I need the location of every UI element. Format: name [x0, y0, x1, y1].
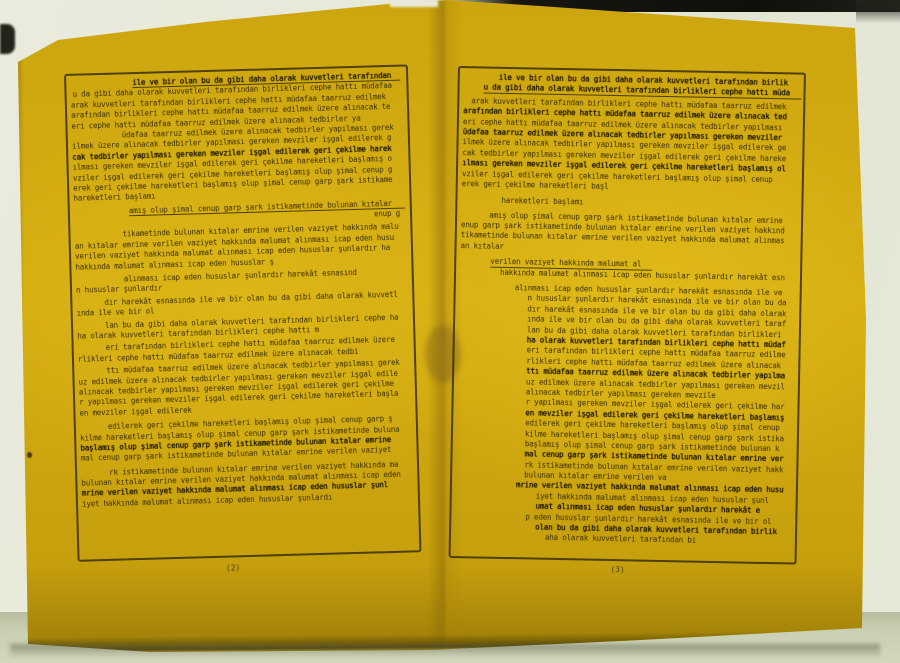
typewritten-text-line: hareketleri başlamı — [73, 192, 165, 205]
photograph-of-booklet: ile ve bir olan bu da gibi daha olarak k… — [0, 0, 900, 663]
typewritten-text-line: hakkında malumat alınması icap eden husu… — [500, 267, 798, 283]
right-page: ile ve bir olan bu da gibi daha olarak k… — [448, 66, 814, 593]
left-page: ile ve bir olan bu da gibi daha olarak k… — [64, 64, 430, 586]
typewritten-text-line: erek geri çekilme hareketleri başl — [462, 179, 614, 192]
typewritten-text-line: ında ile ve bir ol — [77, 307, 157, 320]
open-booklet: ile ve bir olan bu da gibi daha olarak k… — [0, 0, 900, 663]
left-page-text-block: ile ve bir olan bu da gibi daha olarak k… — [70, 70, 422, 510]
typewritten-text-line: n hususlar şunlardır — [76, 284, 164, 297]
right-page-number: (3) — [610, 565, 625, 574]
typewritten-text-line: en mevziler işgal edilerek — [79, 405, 201, 419]
ink-speck — [27, 452, 32, 458]
right-page-text-block: ile ve bir olan bu da gibi daha olarak k… — [455, 72, 808, 548]
left-page-number: (2) — [226, 563, 241, 572]
typewritten-text-line: an kıtalar — [460, 241, 508, 252]
cover-crease — [16, 55, 24, 645]
background-notch-top — [390, 0, 438, 7]
dark-mark-left-edge — [0, 24, 15, 54]
booklet-shadow — [10, 644, 880, 658]
typewritten-text-line: enup g — [374, 209, 402, 220]
typewritten-text-line: hareketleri başlamı — [501, 196, 593, 208]
typewritten-text-line: amış olup şimal cenup garp şark istikame… — [129, 198, 405, 216]
dark-background-corner — [856, 0, 900, 26]
